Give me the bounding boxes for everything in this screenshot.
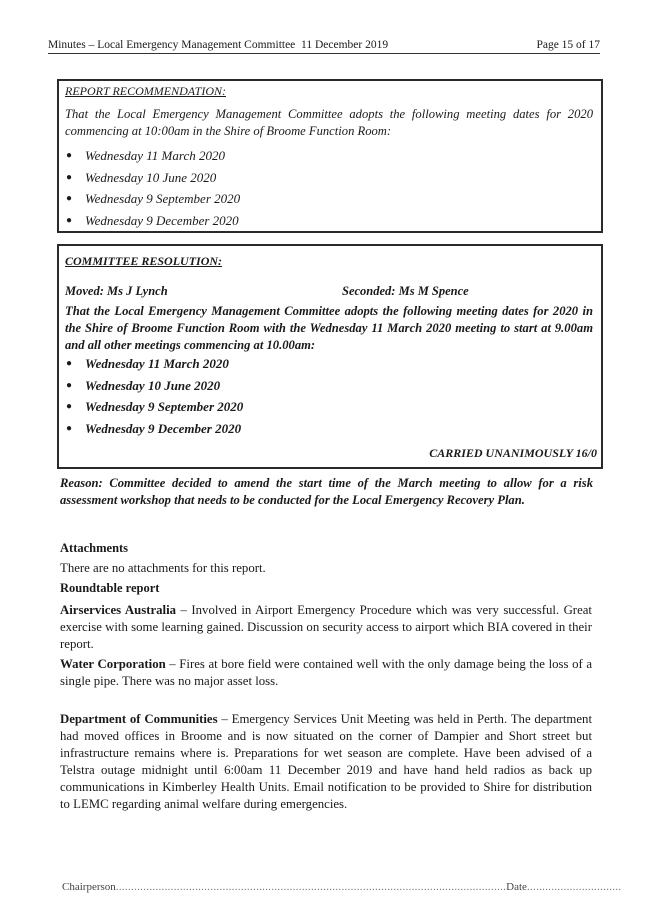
list-item: ●Wednesday 10 June 2020 — [65, 375, 243, 397]
roundtable-org: Department of Communities — [60, 712, 218, 726]
committee-resolution-box: COMMITTEE RESOLUTION: Moved: Ms J Lynch … — [57, 244, 603, 469]
list-item: ●Wednesday 10 June 2020 — [65, 167, 240, 189]
bullet-icon: ● — [66, 167, 72, 189]
bullet-icon: ● — [66, 396, 72, 418]
roundtable-org: Water Corporation — [60, 657, 166, 671]
roundtable-text: – Emergency Services Unit Meeting was he… — [60, 712, 592, 811]
seconded-by: Seconded: Ms M Spence — [342, 284, 469, 299]
chairperson-label: Chairperson — [62, 881, 116, 893]
report-recommendation-box: REPORT RECOMMENDATION: That the Local Em… — [57, 79, 603, 233]
signature-footer: Chairperson.............................… — [62, 881, 622, 893]
list-item: ●Wednesday 11 March 2020 — [65, 353, 243, 375]
attachments-text: There are no attachments for this report… — [60, 560, 592, 577]
roundtable-entry-water-corporation: Water Corporation – Fires at bore field … — [60, 656, 592, 690]
moved-by: Moved: Ms J Lynch — [65, 284, 168, 299]
committee-resolution-dates: ●Wednesday 11 March 2020 ●Wednesday 10 J… — [65, 353, 243, 439]
list-item: ●Wednesday 9 December 2020 — [65, 418, 243, 440]
resolution-result: CARRIED UNANIMOUSLY 16/0 — [429, 446, 597, 461]
attachments-heading: Attachments — [60, 540, 592, 557]
resolution-reason: Reason: Committee decided to amend the s… — [60, 475, 593, 509]
report-recommendation-text: That the Local Emergency Management Comm… — [65, 106, 593, 140]
committee-resolution-text: That the Local Emergency Management Comm… — [65, 303, 593, 354]
list-item: ●Wednesday 9 December 2020 — [65, 210, 240, 232]
bullet-icon: ● — [66, 188, 72, 210]
committee-resolution-heading: COMMITTEE RESOLUTION: — [65, 254, 222, 269]
roundtable-heading: Roundtable report — [60, 580, 592, 597]
list-item: ●Wednesday 9 September 2020 — [65, 396, 243, 418]
list-item: ●Wednesday 11 March 2020 — [65, 145, 240, 167]
page-header: Minutes – Local Emergency Management Com… — [48, 38, 600, 54]
bullet-icon: ● — [66, 418, 72, 440]
bullet-icon: ● — [66, 375, 72, 397]
bullet-icon: ● — [66, 353, 72, 375]
document-title: Minutes – Local Emergency Management Com… — [48, 38, 388, 52]
roundtable-entry-department-of-communities: Department of Communities – Emergency Se… — [60, 711, 592, 813]
list-item: ●Wednesday 9 September 2020 — [65, 188, 240, 210]
report-recommendation-dates: ●Wednesday 11 March 2020 ●Wednesday 10 J… — [65, 145, 240, 231]
chairperson-signature-line: ........................................… — [116, 881, 506, 893]
report-recommendation-heading: REPORT RECOMMENDATION: — [65, 84, 226, 99]
date-signature-line: ............................... — [527, 881, 622, 893]
roundtable-org: Airservices Australia — [60, 603, 176, 617]
roundtable-entry-airservices: Airservices Australia – Involved in Airp… — [60, 602, 592, 653]
bullet-icon: ● — [66, 145, 72, 167]
bullet-icon: ● — [66, 210, 72, 232]
page-number: Page 15 of 17 — [536, 38, 600, 52]
date-label: Date — [506, 881, 527, 893]
